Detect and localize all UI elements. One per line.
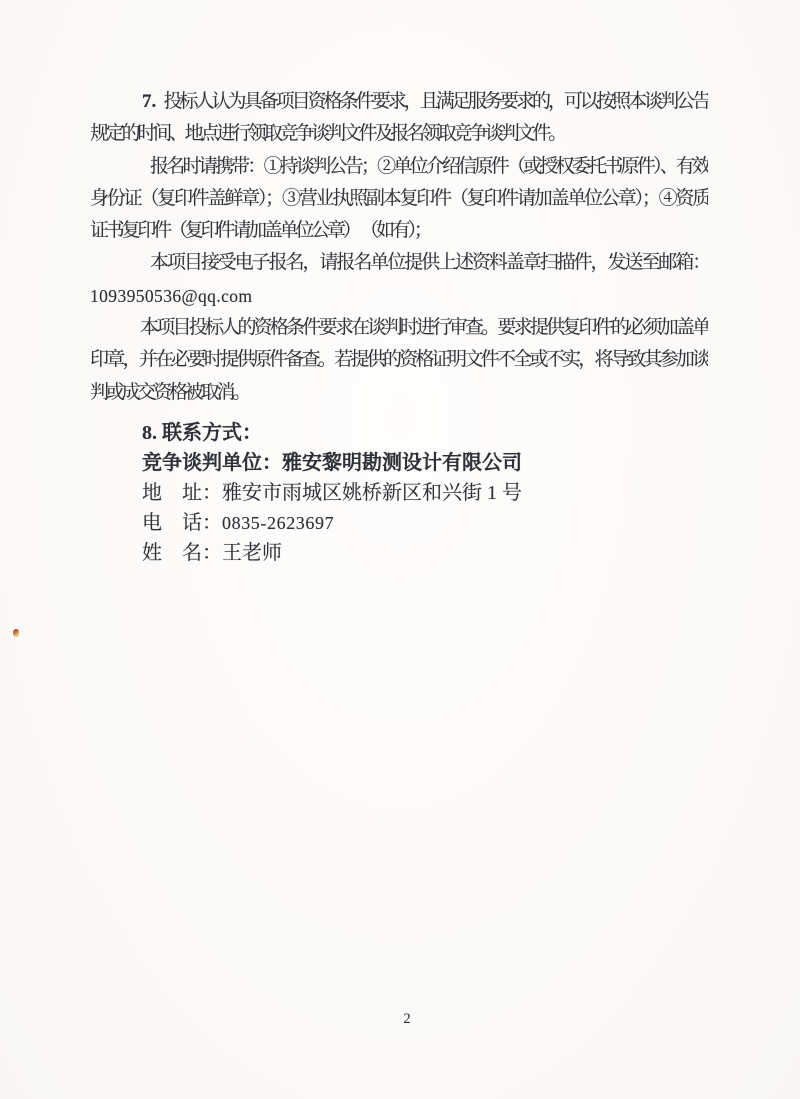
email-notice-paragraph: 本项目接受电子报名，请报名单位提供上述资料盖章扫描件，发送至邮箱： 109395…: [90, 247, 708, 312]
registration-line3: 证书复印件（复印件请加盖单位公章） （如有）；: [90, 215, 708, 247]
contact-heading: 8. 联系方式：: [90, 418, 708, 448]
contact-unit-value: 雅安黎明勘测设计有限公司: [282, 452, 522, 474]
contact-unit-label: 竞争谈判单位：: [142, 452, 282, 474]
review-line1: 本项目投标人的资格条件要求在谈判时进行审查。要求提供复印件的必须加盖单位: [90, 312, 708, 344]
clause7-line1: 7.投标人认为具备项目资格条件要求，且满足服务要求的，可以按照本谈判公告: [90, 86, 708, 118]
contact-address-label: 地 址：: [142, 482, 222, 504]
scanned-document-page: 7.投标人认为具备项目资格条件要求，且满足服务要求的，可以按照本谈判公告 规定的…: [0, 0, 800, 1099]
review-line2: 印章，并在必要时提供原件备查。若提供的资格证明文件不全或不实，将导致其参加谈: [90, 344, 708, 376]
contact-address-value: 雅安市雨城区姚桥新区和兴街 1 号: [222, 482, 522, 504]
registration-line1: 报名时请携带：①持谈判公告；②单位介绍信原件（或授权委托书原件）、有效: [90, 151, 708, 183]
clause7-number: 7.: [142, 91, 156, 112]
contact-section: 8. 联系方式： 竞争谈判单位：雅安黎明勘测设计有限公司 地 址：雅安市雨城区姚…: [90, 418, 708, 568]
registration-paragraph: 报名时请携带：①持谈判公告；②单位介绍信原件（或授权委托书原件）、有效 身份证（…: [90, 151, 708, 248]
document-body: 7.投标人认为具备项目资格条件要求，且满足服务要求的，可以按照本谈判公告 规定的…: [90, 86, 708, 568]
clause7-line2: 规定的时间、地点进行领取竞争谈判文件及报名领取竞争谈判文件。: [90, 118, 708, 150]
qualification-review-paragraph: 本项目投标人的资格条件要求在谈判时进行审查。要求提供复印件的必须加盖单位 印章，…: [90, 312, 708, 409]
clause7-line1-text: 投标人认为具备项目资格条件要求，且满足服务要求的，可以按照本谈判公告: [163, 91, 708, 112]
contact-phone-value: 0835-2623697: [222, 513, 334, 533]
page-number: 2: [0, 1011, 800, 1028]
email-notice-line: 本项目接受电子报名，请报名单位提供上述资料盖章扫描件，发送至邮箱：: [90, 247, 708, 279]
contact-phone-label: 电 话：: [142, 512, 222, 534]
clause7-paragraph: 7.投标人认为具备项目资格条件要求，且满足服务要求的，可以按照本谈判公告 规定的…: [90, 86, 708, 151]
contact-phone-line: 电 话：0835-2623697: [90, 508, 708, 538]
contact-person-value: 王老师: [222, 542, 282, 564]
contact-person-line: 姓 名：王老师: [90, 538, 708, 568]
email-address: 1093950536@qq.com: [90, 280, 708, 312]
contact-person-label: 姓 名：: [142, 542, 222, 564]
contact-address-line: 地 址：雅安市雨城区姚桥新区和兴街 1 号: [90, 478, 708, 508]
contact-unit-line: 竞争谈判单位：雅安黎明勘测设计有限公司: [90, 448, 708, 478]
review-line3: 判或成交资格被取消。: [90, 377, 708, 409]
registration-line2: 身份证（复印件盖鲜章）；③营业执照副本复印件（复印件请加盖单位公章）；④资质: [90, 183, 708, 215]
scan-artifact-speck: [13, 629, 19, 637]
